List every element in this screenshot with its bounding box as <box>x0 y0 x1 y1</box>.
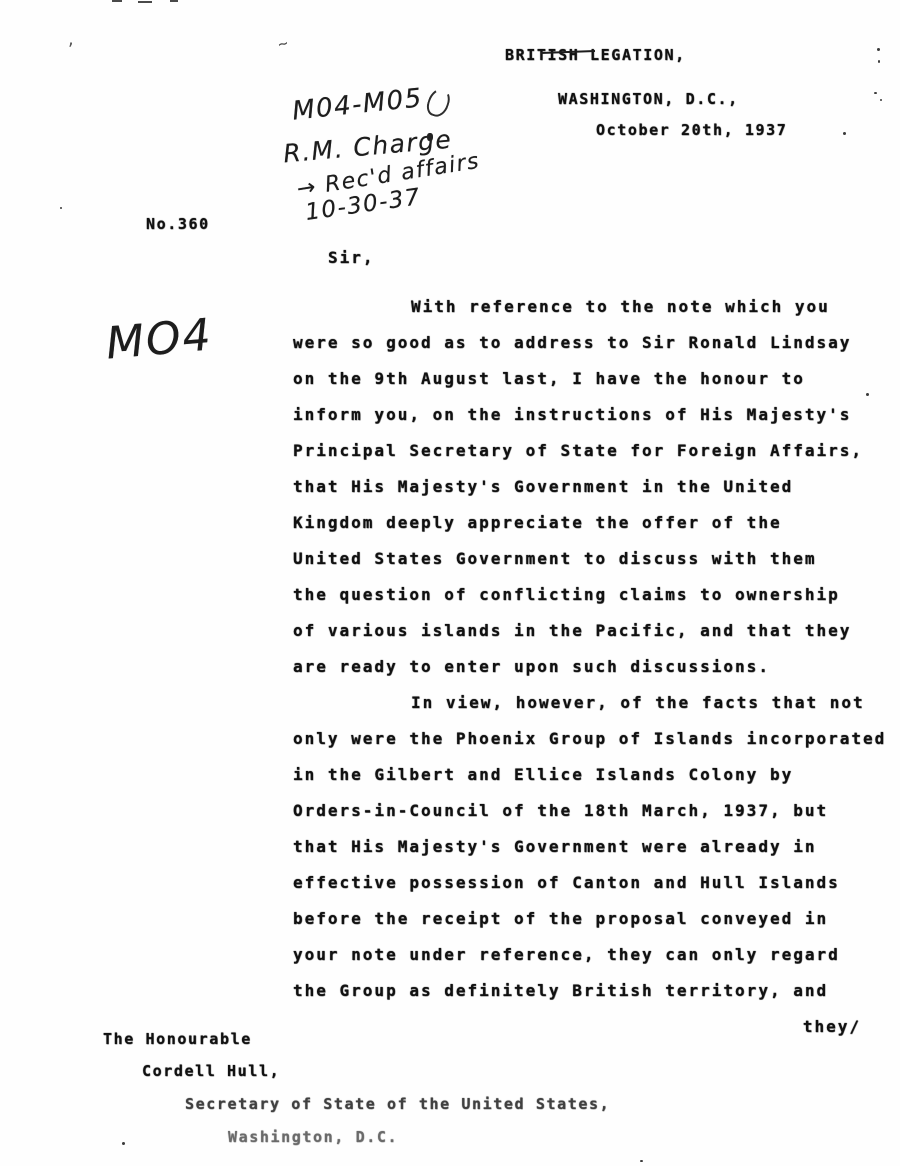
body-line: that His Majesty's Government were alrea… <box>293 829 893 865</box>
scan-speck <box>138 1 152 3</box>
body-line: United States Government to discuss with… <box>293 541 893 577</box>
scan-speck: ~ <box>276 33 290 54</box>
handwritten-margin-code: MO4 <box>104 309 215 369</box>
letterhead-office: BRITISH LEGATION, <box>505 46 686 64</box>
scan-speck <box>640 1160 643 1162</box>
body-line: of various islands in the Pacific, and t… <box>293 613 893 649</box>
scan-scribble-artifact <box>424 85 453 119</box>
scan-speck <box>427 133 433 141</box>
body-line: Principal Secretary of State for Foreign… <box>293 433 893 469</box>
body-line: are ready to enter upon such discussions… <box>293 649 893 685</box>
handwritten-code-top: M04-M05 <box>291 83 424 127</box>
scan-speck <box>874 92 877 94</box>
body-line: inform you, on the instructions of His M… <box>293 397 893 433</box>
body-line: your note under reference, they can only… <box>293 937 893 973</box>
scan-speck <box>122 1142 125 1145</box>
scan-speck <box>112 0 122 2</box>
body-line: on the 9th August last, I have the honou… <box>293 361 893 397</box>
body-line: effective possession of Canton and Hull … <box>293 865 893 901</box>
addressee-honorific: The Honourable <box>103 1030 252 1048</box>
reference-number: No.360 <box>146 215 210 233</box>
body-line: Orders-in-Council of the 18th March, 193… <box>293 793 893 829</box>
letterhead-city: WASHINGTON, D.C., <box>558 90 739 108</box>
addressee-name: Cordell Hull, <box>142 1062 280 1080</box>
body-line: With reference to the note which you <box>293 289 893 325</box>
scan-speck <box>880 99 882 101</box>
body-line: In view, however, of the facts that not <box>293 685 893 721</box>
salutation: Sir, <box>328 248 375 267</box>
body-line: the question of conflicting claims to ow… <box>293 577 893 613</box>
scan-speck <box>170 0 178 2</box>
body-line: before the receipt of the proposal conve… <box>293 901 893 937</box>
body-line: Kingdom deeply appreciate the offer of t… <box>293 505 893 541</box>
scan-speck <box>60 207 62 209</box>
letter-body: With reference to the note which you wer… <box>293 289 893 1045</box>
letterhead-date: October 20th, 1937 <box>596 121 787 139</box>
scan-speck <box>878 60 880 63</box>
page-continuation-word: they/ <box>293 1009 893 1045</box>
body-line: that His Majesty's Government in the Uni… <box>293 469 893 505</box>
scan-speck <box>866 393 869 396</box>
body-line: only were the Phoenix Group of Islands i… <box>293 721 893 757</box>
scan-speck <box>877 48 880 51</box>
addressee-city: Washington, D.C. <box>228 1128 398 1146</box>
body-line: in the Gilbert and Ellice Islands Colony… <box>293 757 893 793</box>
body-line: were so good as to address to Sir Ronald… <box>293 325 893 361</box>
scanned-letter-page: BRITISH LEGATION, WASHINGTON, D.C., Octo… <box>0 0 900 1166</box>
body-line: the Group as definitely British territor… <box>293 973 893 1009</box>
scan-speck <box>843 132 846 135</box>
scan-speck: ’ <box>66 40 75 58</box>
addressee-title: Secretary of State of the United States, <box>185 1095 610 1113</box>
